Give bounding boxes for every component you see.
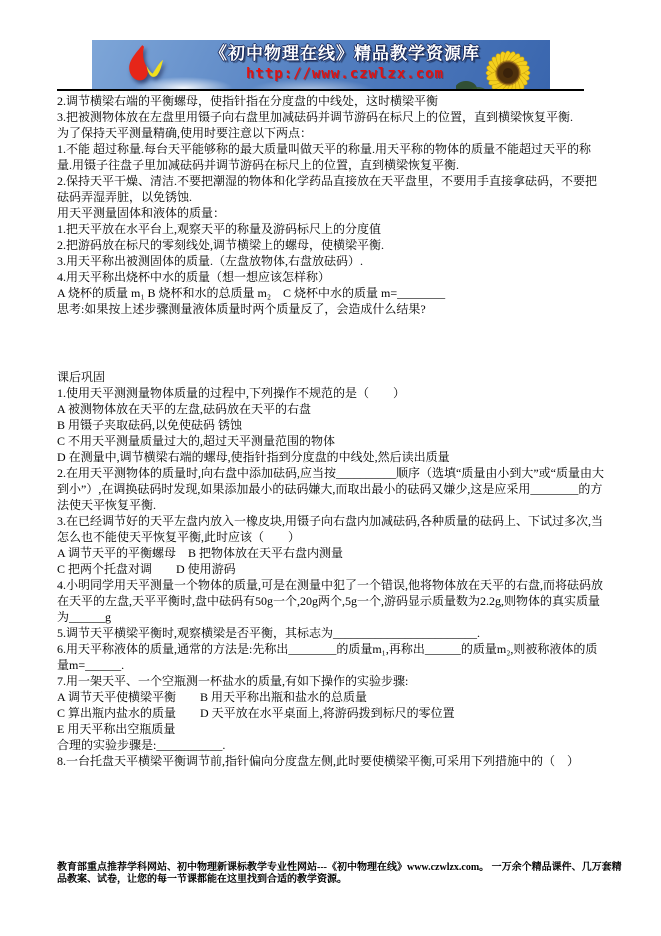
site-banner: 《初中物理在线》精品教学资源库 http://www.czwlzx.com — [92, 40, 550, 89]
text-line: 5.调节天平横梁平衡时,观察横梁是否平衡，其标志为_______________… — [57, 625, 604, 641]
text-line: 思考:如果按上述步骤测量液体质量时两个质量反了，会造成什么结果? — [57, 301, 604, 317]
text-line: A 被测物体放在天平的左盘,砝码放在天平的右盘 — [57, 401, 604, 417]
text-line: 3.用天平称出被测固体的质量.（左盘放物体,右盘放砝码）. — [57, 253, 604, 269]
document-body: 2.调节横梁右端的平衡螺母，使指针指在分度盘的中线处，这时横梁平衡 3.把被测物… — [57, 93, 604, 769]
text-line: 3.在已经调节好的天平左盘内放入一橡皮块,用镊子向右盘内加减砝码,各种质量的砝码… — [57, 513, 604, 545]
text-line: 7.用一架天平、一个空瓶测一杯盐水的质量,有如下操作的实验步骤: — [57, 673, 604, 689]
text-line: 用天平测量固体和液体的质量： — [57, 205, 604, 221]
text-line: 2.保持天平干燥、清洁.不要把潮湿的物体和化学药品直接放在天平盘里，不要用手直接… — [57, 173, 604, 205]
text-line: 2.在用天平测物体的质量时,向右盘中添加砝码,应当按__________顺序（选… — [57, 465, 604, 513]
text-line: C 把两个托盘对调 D 使用游码 — [57, 561, 604, 577]
text-line: D 在测量中,调节横梁右端的螺母,使指针指到分度盘的中线处,然后读出质量 — [57, 449, 604, 465]
text-line: A 烧杯的质量 m₁ B 烧杯和水的总质量 m₂ C 烧杯中水的质量 m=___… — [57, 285, 604, 301]
usage-notes-section: 2.调节横梁右端的平衡螺母，使指针指在分度盘的中线处，这时横梁平衡 3.把被测物… — [57, 93, 604, 317]
text-line: 合理的实验步骤是:___________. — [57, 737, 604, 753]
text-line: 6.用天平称液体的质量,通常的方法是:先称出________的质量m₁,再称出_… — [57, 641, 604, 673]
text-line: A 调节天平的平衡螺母 B 把物体放在天平右盘内测量 — [57, 545, 604, 561]
text-line: C 算出瓶内盐水的质量 D 天平放在水平桌面上,将游码拨到标尺的零位置 — [57, 705, 604, 721]
site-title: 《初中物理在线》精品教学资源库 — [196, 43, 494, 64]
banner-text: 《初中物理在线》精品教学资源库 http://www.czwlzx.com — [196, 43, 494, 83]
text-line: 4.用天平称出烧杯中水的质量（想一想应该怎样称） — [57, 269, 604, 285]
text-line: 1.把天平放在水平台上,观察天平的称量及游码标尺上的分度值 — [57, 221, 604, 237]
text-line: 3.把被测物体放在左盘里用镊子向右盘里加减砝码并调节游码在标尺上的位置，直到横梁… — [57, 109, 604, 125]
sunflower-icon — [456, 40, 548, 89]
text-line: E 用天平称出空瓶质量 — [57, 721, 604, 737]
section-heading: 课后巩固 — [57, 369, 604, 385]
text-line: A 调节天平使横梁平衡 B 用天平称出瓶和盐水的总质量 — [57, 689, 604, 705]
footer-text: 教育部重点推荐学科网站、初中物理新课标教学专业性网站---《初中物理在线》www… — [57, 862, 627, 886]
text-line: 4.小明同学用天平测量一个物体的质量,可是在测量中犯了一个错误,他将物体放在天平… — [57, 577, 604, 625]
page-footer: 教育部重点推荐学科网站、初中物理新课标教学专业性网站---《初中物理在线》www… — [57, 862, 627, 886]
text-line: B 用镊子夹取砝码,以免使砝码 锈蚀 — [57, 417, 604, 433]
site-url: http://www.czwlzx.com — [196, 65, 494, 83]
text-line: 1.使用天平测测量物体质量的过程中,下列操作不规范的是（ ） — [57, 385, 604, 401]
exercises-section: 1.使用天平测测量物体质量的过程中,下列操作不规范的是（ ） A 被测物体放在天… — [57, 385, 604, 769]
text-line: 8.一台托盘天平横梁平衡调节前,指针偏向分度盘左侧,此时要使横梁平衡,可采用下列… — [57, 753, 604, 769]
text-line: 2.调节横梁右端的平衡螺母，使指针指在分度盘的中线处，这时横梁平衡 — [57, 93, 604, 109]
document-page: 《初中物理在线》精品教学资源库 http://www.czwlzx.com — [0, 0, 661, 936]
text-line: 1.不能 超过称量.每台天平能够称的最大质量叫做天平的称量.用天平称的物体的质量… — [57, 141, 604, 173]
header-divider — [57, 89, 584, 91]
text-line: 2.把游码放在标尺的零刻线处,调节横梁上的螺母，使横梁平衡. — [57, 237, 604, 253]
flame-check-logo-icon — [118, 43, 170, 87]
text-line: 为了保持天平测量精确,使用时要注意以下两点： — [57, 125, 604, 141]
text-line: C 不用天平测量质量过大的,超过天平测量范围的物体 — [57, 433, 604, 449]
